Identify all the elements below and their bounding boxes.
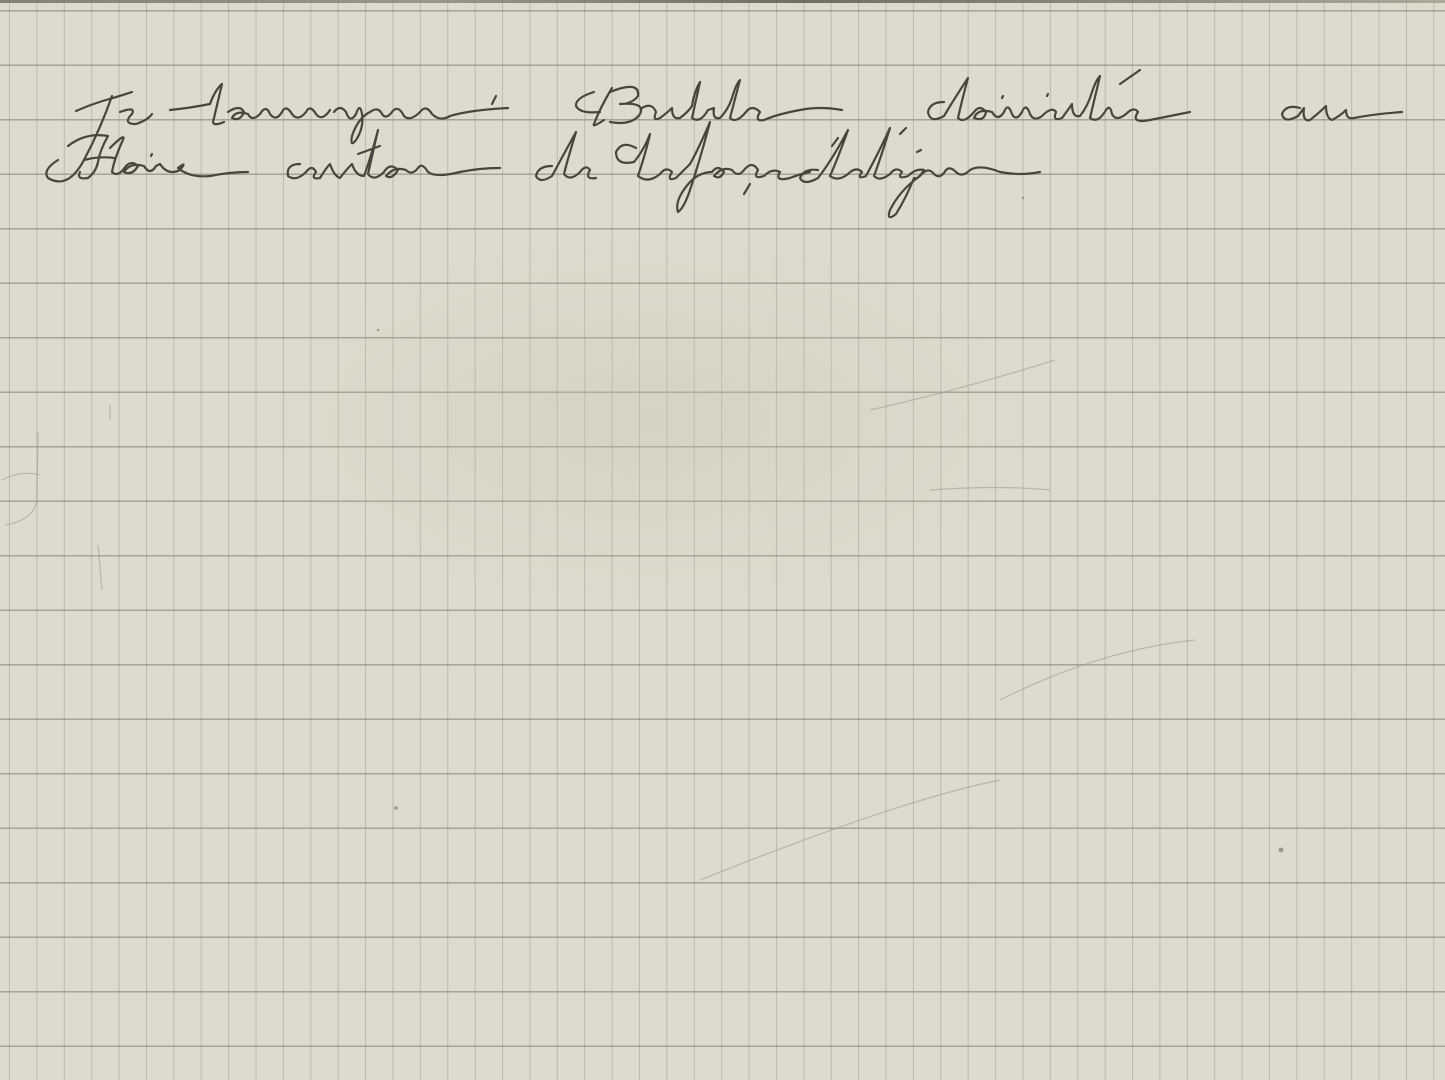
graph-paper-page: Je soussigné Boutitie domicilié au Fleix… — [0, 0, 1445, 1080]
handwritten-text-block: Je soussigné Boutitie domicilié au Fleix… — [0, 0, 1445, 260]
handwriting-ink — [0, 0, 1445, 260]
